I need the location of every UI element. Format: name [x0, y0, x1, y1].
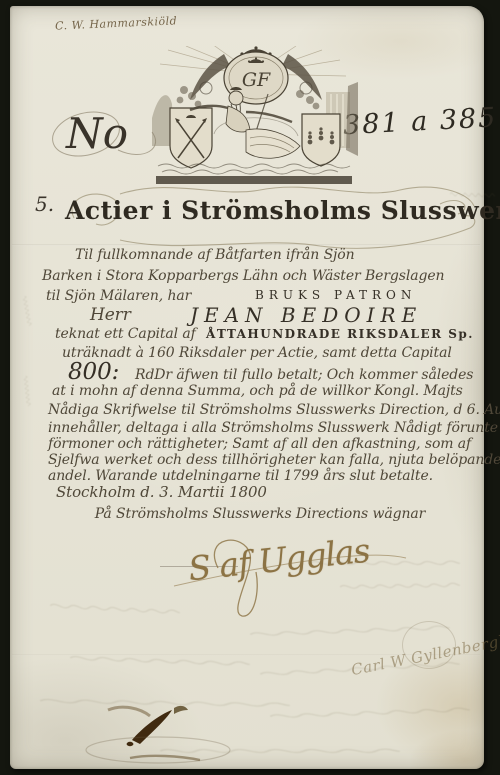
- shield-three-mounds-icon: [302, 114, 340, 166]
- body-line-7-text: RdDr äfwen til fullo betalt; Och kommer …: [135, 367, 473, 383]
- ink-bleedthrough: [160, 746, 400, 756]
- entry-bruks-patron: BRUKS PATRON: [255, 288, 416, 302]
- volute-left-icon: [200, 82, 212, 94]
- body-line-3-text: til Sjön Mälaren, har: [46, 288, 191, 304]
- body-line-5: teknat ett Capital af ÅTTAHUNDRADE RIKSD…: [55, 326, 474, 342]
- serial-number-range: 381 a 385.: [342, 102, 500, 142]
- body-line-5-text: teknat ett Capital af: [55, 326, 196, 342]
- body-line-13: andel. Warande utdelningarne til 1799 år…: [48, 468, 433, 484]
- body-line-6: uträknadt à 160 Riksdaler per Actie, sam…: [62, 345, 452, 361]
- entry-amount-figure: 800:: [68, 359, 119, 385]
- royal-monogram: GF: [242, 69, 271, 91]
- certificate-title: Actier i Strömsholms Slusswerk.: [65, 196, 475, 225]
- body-line-4: Herr JEAN BEDOIRE: [90, 305, 131, 325]
- ink-bleedthrough: [340, 580, 460, 592]
- shield-crossed-arrows-icon: [170, 108, 212, 168]
- body-line-1: Til fullkomnande af Båtfarten ifrån Sjön: [75, 247, 355, 263]
- entry-holder-name: JEAN BEDOIRE: [190, 303, 422, 327]
- body-line-11: förmoner och rättigheter; Samt af all de…: [48, 436, 471, 452]
- owner-inscription: C. W. Hammarskiöld: [55, 14, 178, 32]
- ink-bleedthrough: [20, 376, 33, 407]
- body-line-12: Sjelfwa werket och dess tillhörigheter k…: [48, 452, 500, 468]
- photograph-background: C. W. Hammarskiöld No 381 a 385.: [0, 0, 500, 775]
- body-line-3: til Sjön Mälaren, har BRUKS PATRON: [46, 288, 191, 304]
- body-line-7: 800: RdDr äfwen til fullo betalt; Och ko…: [68, 359, 119, 385]
- ink-bleedthrough: [40, 696, 290, 710]
- ink-bleedthrough: [19, 295, 34, 326]
- on-behalf-line: På Strömsholms Slusswerks Directions wäg…: [80, 506, 440, 522]
- engraved-vignette: GF: [150, 46, 358, 188]
- entry-capital-words: ÅTTAHUNDRADE RIKSDALER Sp.: [206, 327, 474, 341]
- certificate-paper: C. W. Hammarskiöld No 381 a 385.: [10, 6, 484, 769]
- body-line-9: Nådiga Skrifwelse til Strömsholms Slussw…: [48, 402, 500, 418]
- body-line-8: at i mohn af denna Summa, och på de will…: [52, 383, 463, 399]
- body-line-2: Barken i Stora Kopparbergs Lähn och Wäst…: [42, 268, 444, 284]
- dateline: Stockholm d. 3. Martii 1800: [56, 483, 267, 501]
- ink-bleedthrough: [270, 705, 470, 722]
- cliff-icon: [346, 82, 358, 156]
- number-label: No: [65, 109, 128, 158]
- share-count: 5.: [35, 192, 54, 216]
- vignette-base-icon: [156, 176, 352, 184]
- ink-bleedthrough: [310, 558, 460, 568]
- ink-bleedthrough: [450, 189, 495, 201]
- body-line-10: innehåller, deltaga i alla Strömsholms S…: [48, 420, 498, 436]
- herr-label: Herr: [90, 305, 131, 325]
